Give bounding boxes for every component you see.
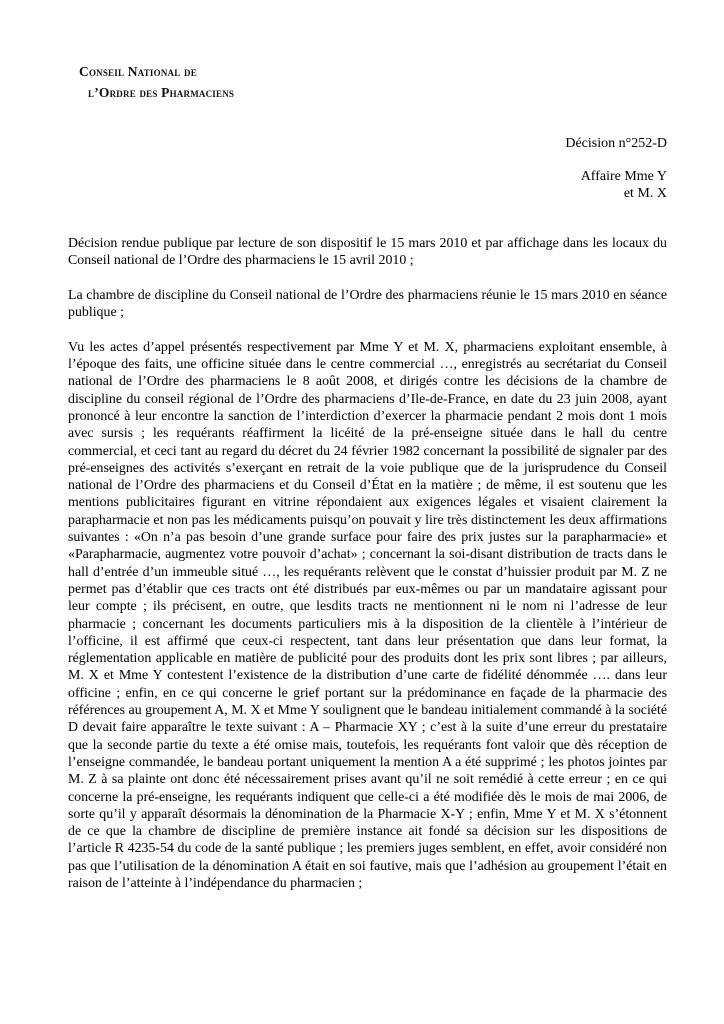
- paragraph-chambre-discipline: La chambre de discipline du Conseil nati…: [68, 287, 667, 322]
- decision-body: Décision rendue publique par lecture de …: [68, 235, 667, 910]
- letterhead-org-line2: l’Ordre des Pharmaciens: [79, 82, 234, 103]
- letterhead-org-line1: Conseil National de: [79, 61, 234, 82]
- case-name: Affaire Mme Y et M. X: [565, 168, 667, 202]
- case-name-line1: Affaire Mme Y: [565, 168, 667, 185]
- paragraph-publication: Décision rendue publique par lecture de …: [68, 235, 667, 270]
- reference-block: Décision n°252-D Affaire Mme Y et M. X: [565, 135, 667, 202]
- letterhead: Conseil National de l’Ordre des Pharmaci…: [79, 61, 234, 103]
- decision-number: Décision n°252-D: [565, 135, 667, 152]
- document-page: Conseil National de l’Ordre des Pharmaci…: [0, 0, 724, 1024]
- paragraph-actes-appel: Vu les actes d’appel présentés respectiv…: [68, 339, 667, 893]
- case-name-line2: et M. X: [565, 185, 667, 202]
